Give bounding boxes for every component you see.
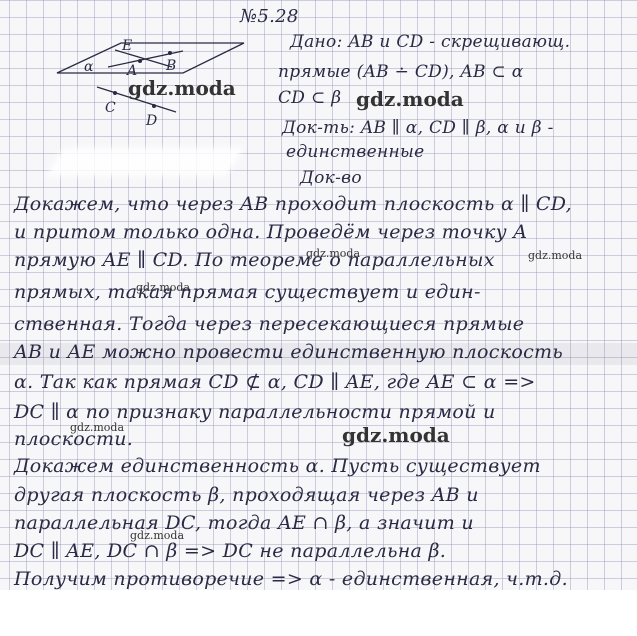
given-line-1: Дано: AB и CD - скрещивающ. (290, 32, 570, 52)
watermark: gdz.moda (70, 421, 124, 434)
proof-line-6: AB и AE можно провести единственную плос… (14, 341, 563, 363)
prove-line-2: единственные (286, 142, 424, 162)
proof-line-5: ственная. Тогда через пересекающиеся пря… (14, 313, 524, 335)
label-b: B (165, 58, 176, 74)
watermark: gdz.moda (306, 247, 360, 260)
watermark: gdz.moda (130, 529, 184, 542)
label-c: C (105, 100, 116, 116)
label-d: D (145, 113, 157, 129)
watermark: gdz.moda (356, 87, 464, 111)
proof-line-1: Докажем, что через AB проходит плоскость… (14, 193, 572, 215)
watermark: gdz.moda (136, 281, 190, 294)
problem-number: №5.28 (240, 6, 299, 27)
watermark: gdz.moda (528, 249, 582, 262)
proof-line-14: Получим противоречие => α - единственная… (14, 568, 568, 590)
proof-line-12: параллельная DC, тогда AE ∩ β, а значит … (14, 512, 474, 534)
proof-line-10: Докажем единственность α. Пусть существу… (14, 455, 541, 477)
proof-line-11: другая плоскость β, проходящая через AB … (14, 484, 479, 506)
prove-line-1: Док-ть: AB ∥ α, CD ∥ β, α и β - (282, 118, 554, 138)
proof-line-2: и притом только одна. Проведём через точ… (14, 221, 527, 243)
label-alpha: α (84, 59, 94, 75)
proof-line-8: DC ∥ α по признаку параллельности прямой… (14, 401, 496, 423)
label-e: E (121, 38, 132, 54)
proof-line-4: прямых, такая прямая существует и един- (14, 281, 481, 303)
given-line-2: прямые (AB ∸ CD), AB ⊂ α (278, 62, 524, 82)
given-line-3: CD ⊂ β (278, 88, 341, 108)
proof-line-7: α. Так как прямая CD ⊄ α, CD ∥ AE, где A… (14, 371, 536, 393)
proof-line-13: DC ∥ AE, DC ∩ β => DC не параллельна β. (14, 540, 446, 562)
proof-heading: Док-во (300, 168, 362, 188)
watermark: gdz.moda (342, 423, 450, 447)
watermark: gdz.moda (128, 76, 236, 100)
proof-line-3: прямую AE ∥ CD. По теореме о параллельны… (14, 249, 495, 271)
